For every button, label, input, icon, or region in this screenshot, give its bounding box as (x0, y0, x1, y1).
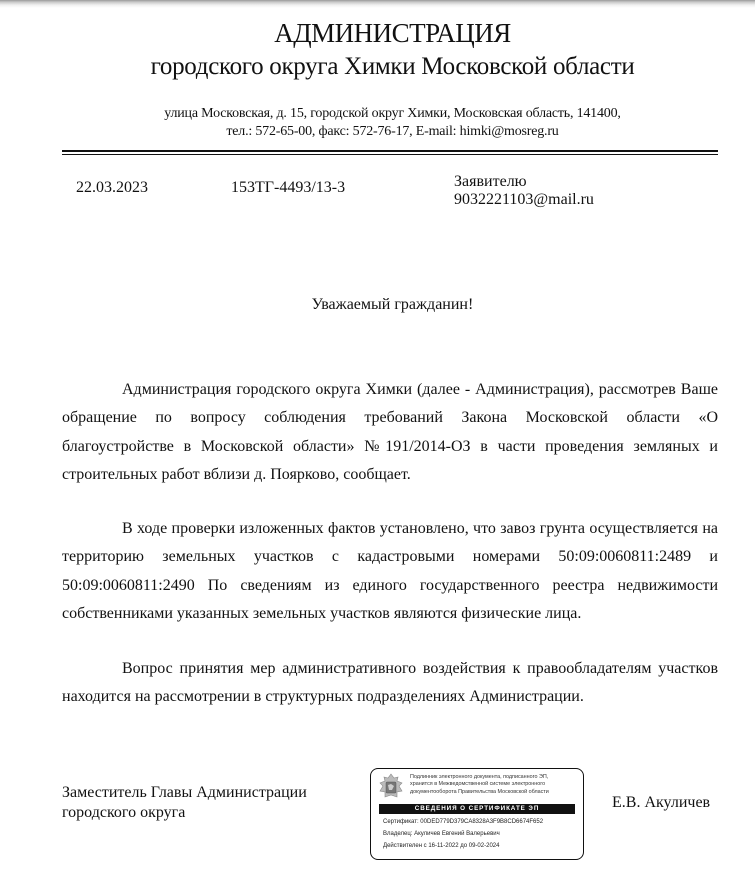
letterhead-divider-thin (62, 154, 718, 155)
paragraph-text: Вопрос принятия мер административного во… (62, 655, 718, 712)
position-line: Заместитель Главы Администрации (62, 783, 307, 803)
body-paragraph: Администрация городского округа Химки (д… (62, 376, 718, 490)
greeting: Уважаемый гражданин! (0, 296, 755, 314)
signatory-position: Заместитель Главы Администрации городско… (62, 783, 307, 823)
body-paragraph: Вопрос принятия мер административного во… (62, 655, 718, 712)
letterhead-subtitle: городского округа Химки Московской облас… (0, 53, 755, 81)
stamp-header: Подлинник электронного документа, подпис… (410, 774, 582, 796)
letterhead-address: улица Московская, д. 15, городской округ… (0, 106, 755, 122)
paragraph-text: Администрация городского округа Химки (д… (62, 376, 718, 490)
certificate-number: Сертификат: 00DED779D379CA8328A3F9B8CD66… (383, 819, 543, 825)
signatory-name: Е.В. Акуличев (612, 794, 710, 812)
registration-number: 153ТГ-4493/13-3 (231, 179, 345, 197)
certificate-owner: Владелец: Акуличев Евгений Валерьевич (383, 831, 500, 837)
stamp-header-line: хранится в Межведомственной системе элек… (410, 781, 582, 788)
document-date: 22.03.2023 (76, 179, 148, 197)
certificate-validity: Действителен с 16-11-2022 до 09-02-2024 (383, 843, 499, 849)
viewer-top-shadow (0, 0, 755, 8)
recipient-block: Заявителю 9032221103@mail.ru (454, 173, 594, 209)
letterhead-divider (62, 150, 718, 152)
recipient-email: 9032221103@mail.ru (454, 191, 594, 209)
letterhead-contacts: тел.: 572-65-00, факс: 572-76-17, E-mail… (0, 124, 755, 140)
certificate-info-bar: СВЕДЕНИЯ О СЕРТИФИКАТЕ ЭП (379, 804, 575, 814)
coat-of-arms-icon (378, 773, 404, 800)
recipient-label: Заявителю (454, 173, 594, 191)
body-paragraph: В ходе проверки изложенных фактов устано… (62, 515, 718, 629)
letterhead-title: АДМИНИСТРАЦИЯ (0, 18, 755, 49)
paragraph-text: В ходе проверки изложенных фактов устано… (62, 515, 718, 629)
stamp-header-line: документооборота Правительства Московско… (410, 789, 582, 796)
position-line: городского округа (62, 803, 307, 823)
electronic-signature-stamp: Подлинник электронного документа, подпис… (370, 768, 584, 860)
